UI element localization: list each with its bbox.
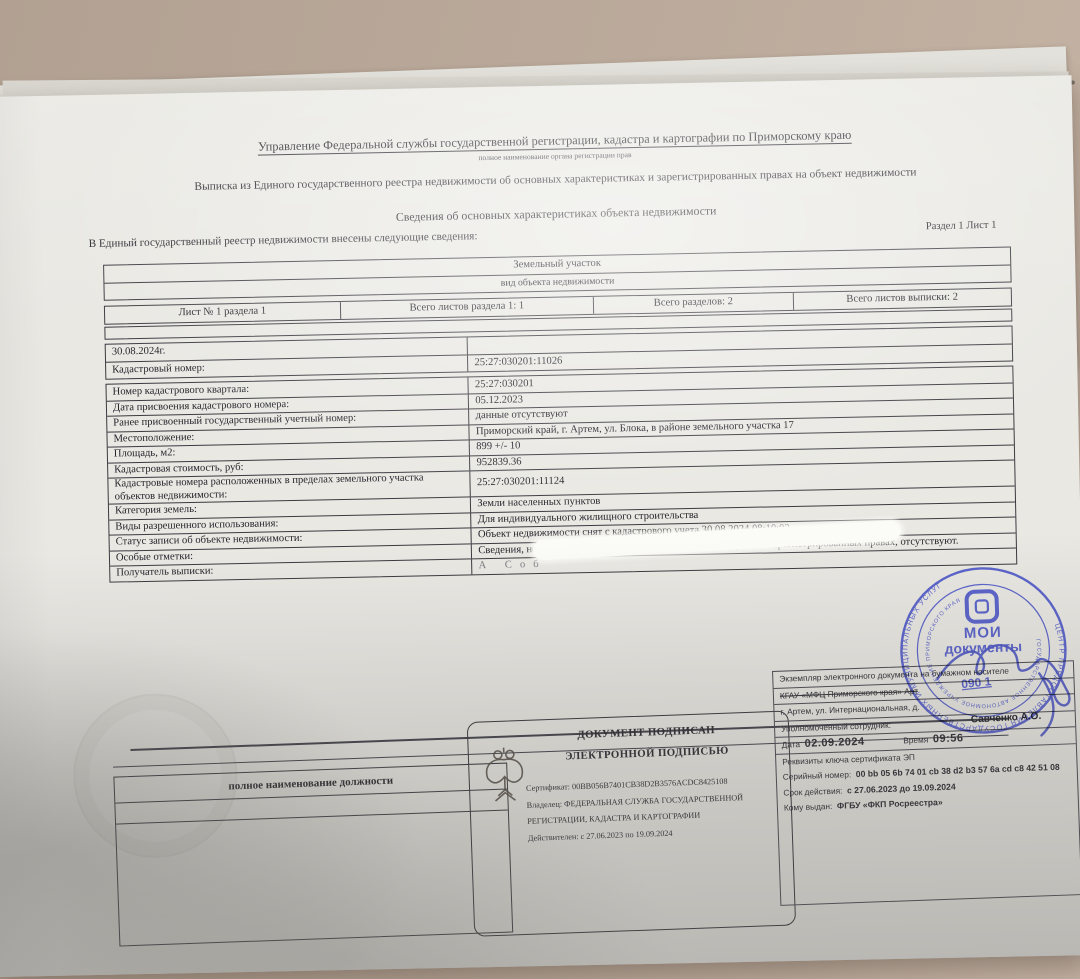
mfc-officer-label: Уполномоченный сотрудник:	[781, 719, 891, 733]
mfc-issued-value: ФГБУ «ФКП Росреестра»	[837, 797, 943, 810]
stamp-number: 090 1	[961, 674, 993, 691]
esign-stamp: ДОКУМЕНТ ПОДПИСАН ЭЛЕКТРОННОЙ ПОДПИСЬЮ С…	[467, 710, 796, 810]
document-sheet: Управление Федеральной службы государств…	[0, 75, 1080, 810]
mfc-round-stamp: ЦЕНТР ПРЕДОСТАВЛЕНИЯ ГОСУДАРСТВЕННЫХ И М…	[885, 552, 1080, 749]
mfc-issued-label: Кому выдан:	[784, 801, 833, 810]
mfc-date-value: 02.09.2024	[804, 736, 864, 750]
mfc-serial-label: Серийный номер:	[783, 769, 852, 781]
bottom-zone: полное наименование должности ДОКУМЕНТ П…	[0, 60, 1080, 810]
mfc-term-label: Срок действия:	[783, 785, 842, 797]
mfc-date-label: Дата	[781, 739, 800, 750]
mfc-term-value: с 27.06.2023 до 19.09.2024	[847, 781, 956, 795]
esign-cert-details: Сертификат: 00BB056B7401CB38D2B3576ACDC8…	[526, 772, 784, 810]
esign-title-2: ЭЛЕКТРОННОЙ ПОДПИСЬЮ	[517, 743, 777, 764]
esign-title-1: ДОКУМЕНТ ПОДПИСАН	[516, 722, 776, 743]
moi-dokumenty-logo-icon	[966, 591, 997, 622]
position-box: полное наименование должности	[113, 763, 513, 810]
